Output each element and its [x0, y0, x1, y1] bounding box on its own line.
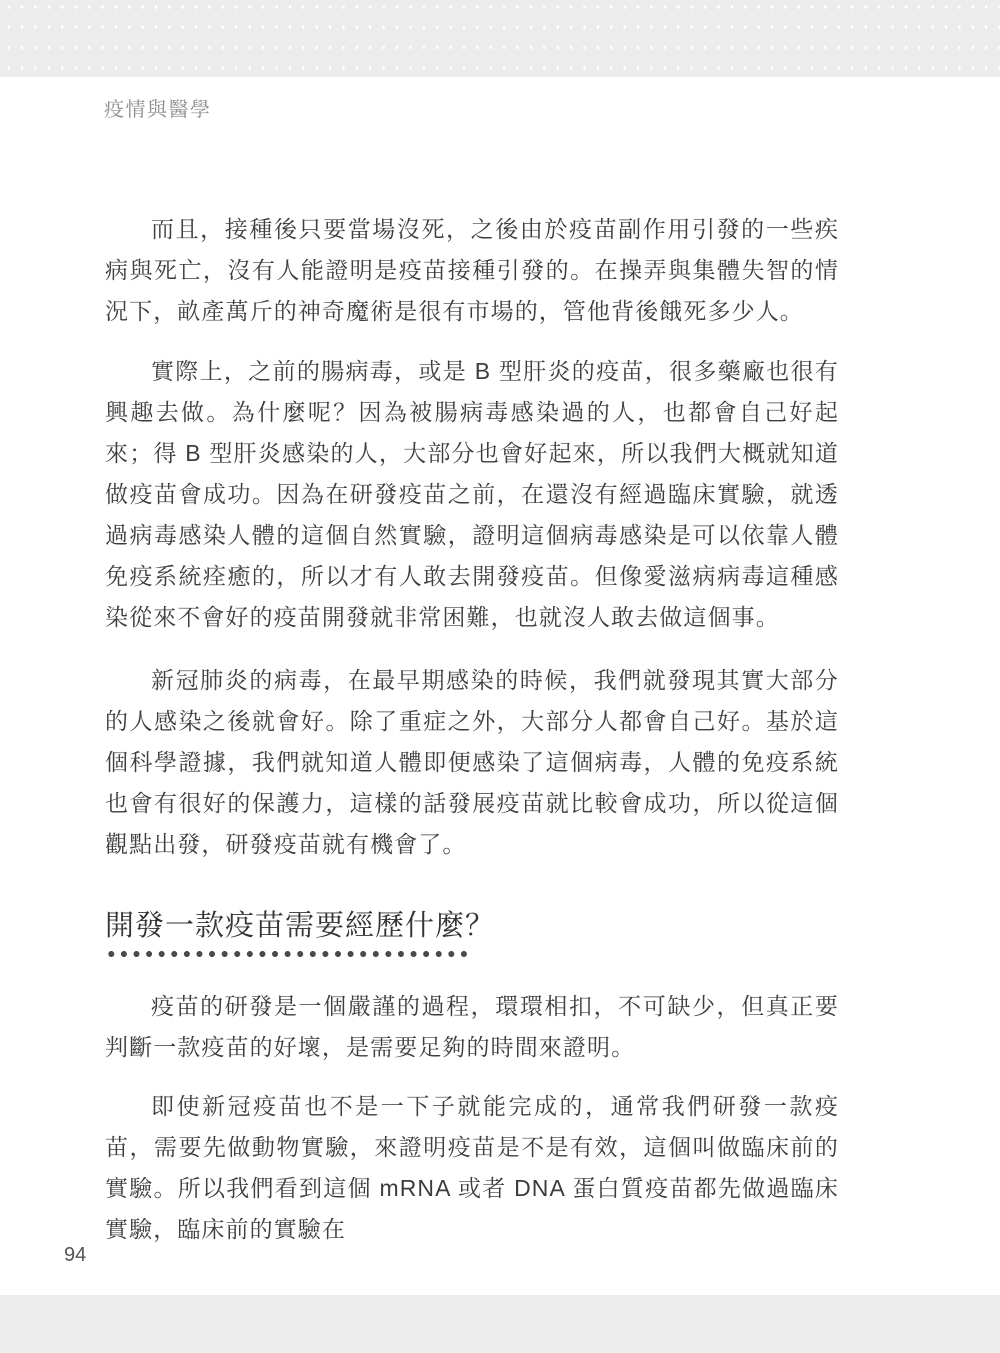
running-header: 疫情與醫學	[104, 97, 212, 123]
paragraph-5: 即使新冠疫苗也不是一下子就能完成的，通常我們研發一款疫苗，需要先做動物實驗，來證…	[105, 1086, 839, 1250]
decorative-dot-band-top	[0, 0, 1000, 77]
book-page: 疫情與醫學 而且，接種後只要當場沒死，之後由於疫苗副作用引發的一些疾病與死亡，沒…	[0, 0, 1000, 1353]
page-number: 94	[64, 1243, 86, 1267]
paragraph-1: 而且，接種後只要當場沒死，之後由於疫苗副作用引發的一些疾病與死亡，沒有人能證明是…	[105, 209, 839, 332]
paragraph-2: 實際上，之前的腸病毒，或是 B 型肝炎的疫苗，很多藥廠也很有興趣去做。為什麼呢？…	[105, 351, 839, 638]
section-heading-text: 開發一款疫苗需要經歷什麼？	[105, 910, 495, 942]
section-heading: 開發一款疫苗需要經歷什麼？	[105, 908, 495, 958]
dotted-underline	[105, 950, 471, 958]
paragraph-3: 新冠肺炎的病毒，在最早期感染的時候，我們就發現其實大部分的人感染之後就會好。除了…	[105, 660, 839, 865]
paragraph-4: 疫苗的研發是一個嚴謹的過程，環環相扣，不可缺少，但真正要判斷一款疫苗的好壞，是需…	[105, 986, 839, 1068]
decorative-band-bottom	[0, 1295, 1000, 1353]
